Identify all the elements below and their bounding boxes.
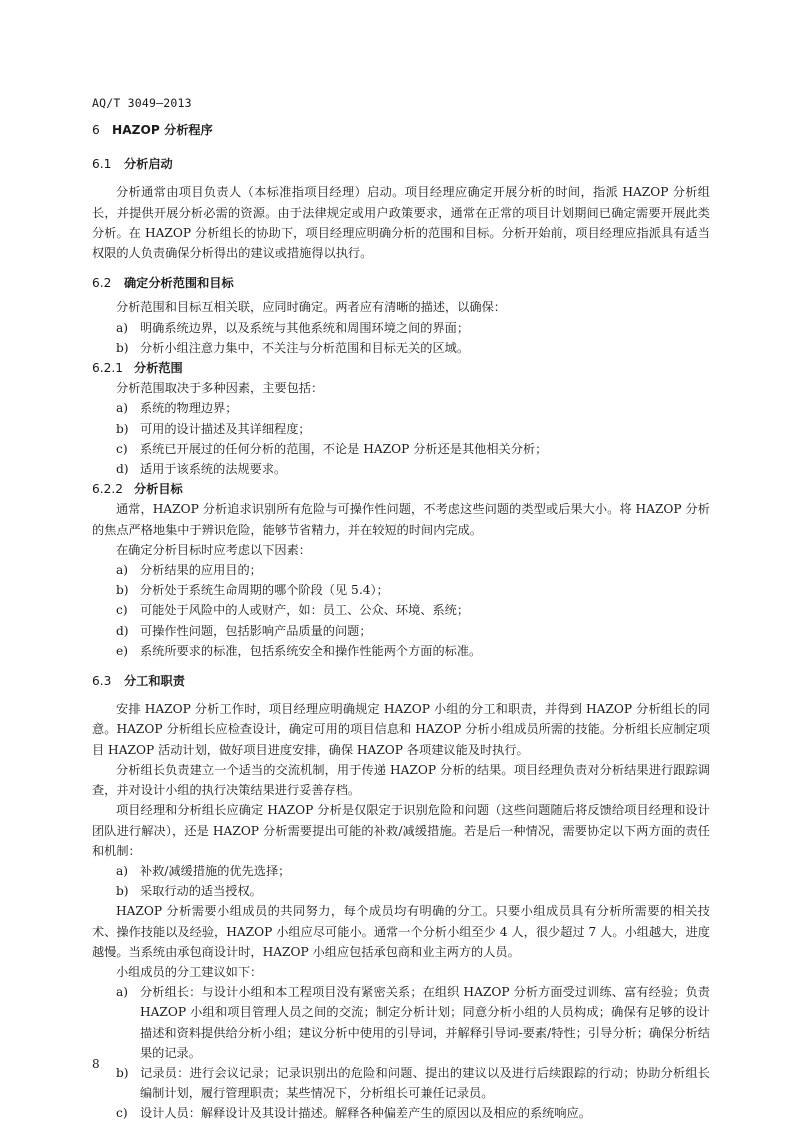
list-item: d)可操作性问题，包括影响产品质量的问题；: [92, 621, 710, 641]
paragraph: 项目经理和分析组长应确定 HAZOP 分析是仅限定于识别危险和问题（这些问题随后…: [92, 800, 710, 861]
list-6-2-1: a)系统的物理边界； b)可用的设计描述及其详细程度； c)系统已开展过的任何分…: [92, 398, 710, 479]
section-title: HAZOP 分析程序: [112, 123, 213, 137]
list-item: c)可能处于风险中的人或财产，如：员工、公众、环境、系统；: [92, 600, 710, 620]
list-marker: a): [116, 861, 128, 881]
list-item: b)可用的设计描述及其详细程度；: [92, 419, 710, 439]
section-title: 分工和职责: [124, 674, 185, 688]
section-title: 分析范围: [134, 361, 183, 375]
list-6-2: a)明确系统边界，以及系统与其他系统和周围环境之间的界面； b)分析小组注意力集…: [92, 318, 710, 358]
list-item: c)设计人员：解释设计及其设计描述。解释各种偏差产生的原因以及相应的系统响应。: [92, 1103, 710, 1123]
paragraph: 安排 HAZOP 分析工作时，项目经理应明确规定 HAZOP 小组的分工和职责，…: [92, 699, 710, 760]
list-item-text: 系统所要求的标准，包括系统安全和操作性能两个方面的标准。: [140, 644, 481, 658]
list-marker: b): [116, 881, 129, 901]
section-6-heading: 6HAZOP 分析程序: [92, 120, 710, 140]
list-marker: d): [116, 459, 129, 479]
list-item: a)明确系统边界，以及系统与其他系统和周围环境之间的界面；: [92, 318, 710, 338]
list-item-text: 分析小组注意力集中，不关注与分析范围和目标无关的区域。: [140, 341, 469, 355]
paragraph: 在确定分析目标时应考虑以下因素：: [92, 540, 710, 560]
list-marker: c): [116, 1103, 128, 1123]
section-6-2-2-heading: 6.2.2分析目标: [92, 479, 710, 499]
list-marker: a): [116, 398, 128, 418]
standard-number: AQ/T 3049—2013: [92, 96, 192, 110]
section-number: 6.3: [92, 671, 124, 691]
list-marker: e): [116, 641, 128, 661]
section-title: 确定分析范围和目标: [124, 276, 234, 290]
paragraph: HAZOP 分析需要小组成员的共同努力，每个成员均有明确的分工。只要小组成员具有…: [92, 901, 710, 962]
list-item-text: 补救/减缓措施的优先选择；: [140, 864, 290, 878]
list-item-text: 系统的物理边界；: [140, 401, 238, 415]
list-marker: d): [116, 621, 129, 641]
paragraph: 分析范围和目标互相关联，应同时确定。两者应有清晰的描述，以确保：: [92, 297, 710, 317]
list-6-3-measures: a)补救/减缓措施的优先选择； b)采取行动的适当授权。: [92, 861, 710, 901]
list-item: e)系统所要求的标准，包括系统安全和操作性能两个方面的标准。: [92, 641, 710, 661]
list-marker: b): [116, 1063, 129, 1083]
list-item: d)适用于该系统的法规要求。: [92, 459, 710, 479]
list-item-text: 采取行动的适当授权。: [140, 884, 262, 898]
list-item: a)分析组长：与设计小组和本工程项目没有紧密关系；在组织 HAZOP 分析方面受…: [92, 982, 710, 1063]
list-item: b)分析小组注意力集中，不关注与分析范围和目标无关的区域。: [92, 338, 710, 358]
section-number: 6.1: [92, 154, 124, 174]
list-item-text: 可操作性问题，包括影响产品质量的问题；: [140, 624, 372, 638]
list-item: b)分析处于系统生命周期的哪个阶段（见 5.4）；: [92, 580, 710, 600]
section-number: 6.2.1: [92, 358, 134, 378]
section-title: 分析目标: [134, 482, 183, 496]
section-6-2-heading: 6.2确定分析范围和目标: [92, 273, 710, 293]
list-item: b)采取行动的适当授权。: [92, 881, 710, 901]
paragraph: 分析范围取决于多种因素，主要包括：: [92, 378, 710, 398]
section-title: 分析启动: [124, 157, 173, 171]
list-marker: c): [116, 600, 128, 620]
list-item-text: 设计人员：解释设计及其设计描述。解释各种偏差产生的原因以及相应的系统响应。: [140, 1106, 591, 1120]
section-number: 6.2.2: [92, 479, 134, 499]
section-6-3-heading: 6.3分工和职责: [92, 671, 710, 691]
paragraph: 分析通常由项目负责人（本标准指项目经理）启动。项目经理应确定开展分析的时间，指派…: [92, 182, 710, 263]
list-6-3-roles: a)分析组长：与设计小组和本工程项目没有紧密关系；在组织 HAZOP 分析方面受…: [92, 982, 710, 1123]
list-item: a)分析结果的应用目的；: [92, 560, 710, 580]
list-marker: a): [116, 982, 128, 1002]
list-item-text: 适用于该系统的法规要求。: [140, 462, 286, 476]
list-item: c)系统已开展过的任何分析的范围，不论是 HAZOP 分析还是其他相关分析；: [92, 439, 710, 459]
list-item-text: 分析处于系统生命周期的哪个阶段（见 5.4）；: [140, 583, 389, 597]
list-marker: a): [116, 560, 128, 580]
page-number: 8: [92, 1057, 100, 1071]
list-marker: b): [116, 338, 129, 358]
paragraph: 分析组长负责建立一个适当的交流机制，用于传递 HAZOP 分析的结果。项目经理负…: [92, 760, 710, 800]
section-6-2-1-heading: 6.2.1分析范围: [92, 358, 710, 378]
list-item-text: 分析结果的应用目的；: [140, 563, 262, 577]
list-marker: b): [116, 580, 129, 600]
list-item-text: 记录员：进行会议记录；记录识别出的危险和问题、提出的建议以及进行后续跟踪的行动；…: [140, 1066, 710, 1100]
section-6-1-heading: 6.1分析启动: [92, 154, 710, 174]
document-body: 6HAZOP 分析程序 6.1分析启动 分析通常由项目负责人（本标准指项目经理）…: [92, 120, 710, 1123]
list-6-2-2: a)分析结果的应用目的； b)分析处于系统生命周期的哪个阶段（见 5.4）； c…: [92, 560, 710, 661]
paragraph: 小组成员的分工建议如下：: [92, 962, 710, 982]
list-item-text: 明确系统边界，以及系统与其他系统和周围环境之间的界面；: [140, 321, 469, 335]
list-item: a)补救/减缓措施的优先选择；: [92, 861, 710, 881]
section-number: 6: [92, 120, 112, 140]
list-marker: a): [116, 318, 128, 338]
list-item-text: 可用的设计描述及其详细程度；: [140, 422, 311, 436]
list-item-text: 可能处于风险中的人或财产，如：员工、公众、环境、系统；: [140, 603, 469, 617]
list-marker: c): [116, 439, 128, 459]
paragraph: 通常，HAZOP 分析追求识别所有危险与可操作性问题，不考虑这些问题的类型或后果…: [92, 499, 710, 539]
list-item: a)系统的物理边界；: [92, 398, 710, 418]
section-number: 6.2: [92, 273, 124, 293]
document-page: AQ/T 3049—2013 6HAZOP 分析程序 6.1分析启动 分析通常由…: [0, 0, 794, 1123]
list-item: b)记录员：进行会议记录；记录识别出的危险和问题、提出的建议以及进行后续跟踪的行…: [92, 1063, 710, 1103]
list-item-text: 分析组长：与设计小组和本工程项目没有紧密关系；在组织 HAZOP 分析方面受过训…: [140, 985, 710, 1060]
list-marker: b): [116, 419, 129, 439]
list-item-text: 系统已开展过的任何分析的范围，不论是 HAZOP 分析还是其他相关分析；: [140, 442, 547, 456]
